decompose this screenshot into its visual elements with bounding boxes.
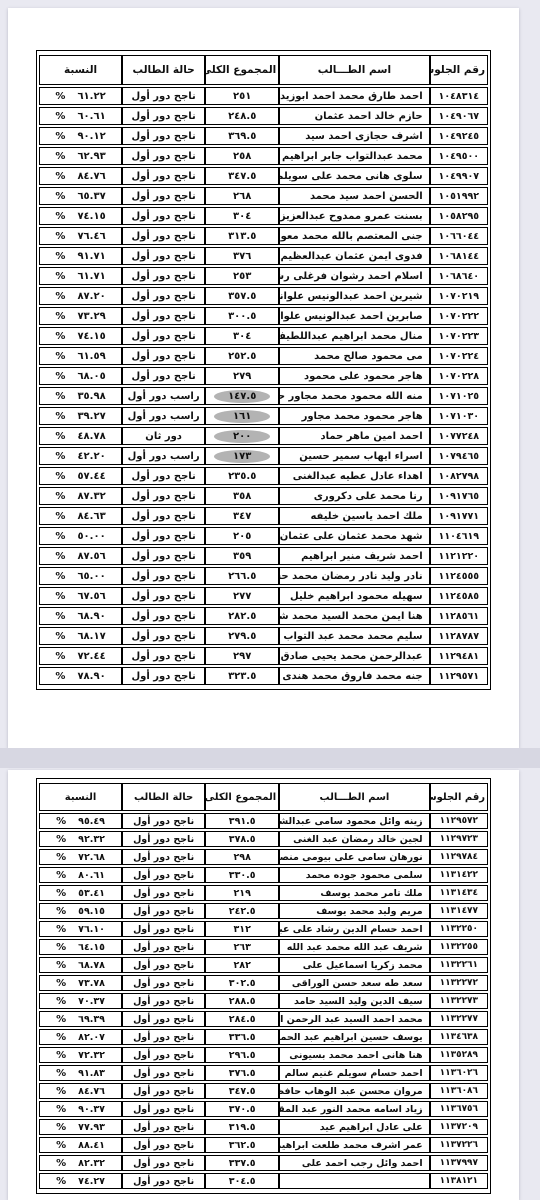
seat-number-cell: ١٠٧١٠٣٠ — [430, 407, 488, 425]
status-cell: ناجح دور أول — [122, 347, 205, 365]
seat-number-cell: ١١٣٧٩٩٧ — [430, 1155, 488, 1171]
percentage-value: ٧٢.٦٨ — [78, 852, 105, 863]
percentage-wrap: %٣٩.٢٧ — [42, 411, 119, 422]
table-row: ١١٢١٢٢٠احمد شريف منير ابراهيم٣٥٩ناجح دور… — [39, 547, 488, 565]
seat-number-cell: ١١٣٤٦٣٨ — [430, 1029, 488, 1045]
status-cell: ناجح دور أول — [122, 547, 205, 565]
total-score-cell: ٢٥٣ — [205, 267, 279, 285]
percent-sign: % — [56, 1068, 66, 1079]
student-name-cell: منه الله محمود محمد مجاور حسن — [279, 387, 429, 405]
table-row: ١١٣٢٢٥٥شريف عبد الله محمد عبد الله٢٦٣ناج… — [39, 939, 488, 955]
table-row: ١١٢٤٥٨٥سهيله محمود ابراهيم خليل٢٧٧ناجح د… — [39, 587, 488, 605]
total-score-cell: ١٧٣ — [205, 447, 279, 465]
percent-sign: % — [56, 1104, 66, 1115]
total-score-cell: ٣٠٤.٥ — [205, 1173, 279, 1189]
results-table-2: رقم الجلوساسم الطـــالبالمجموع الكلىحالة… — [39, 781, 488, 1191]
percent-sign: % — [55, 371, 65, 382]
percent-sign: % — [55, 211, 65, 222]
percent-sign: % — [55, 351, 65, 362]
student-name-cell: ملك احمد ياسين خليفه — [279, 507, 429, 525]
table-row: ١١٣٢٢٧٣سيف الدين وليد السيد حامد٢٨٨.٥ناج… — [39, 993, 488, 1009]
percentage-value: ٦٢.٩٣ — [77, 151, 105, 162]
total-score-cell: ٢٥١ — [205, 87, 279, 105]
table-row: ١١٣٧٢٠٩على عادل ابراهيم عيد٣١٩.٥ناجح دور… — [39, 1119, 488, 1135]
low-score-highlight: ١٧٣ — [214, 450, 270, 463]
table-row: ١٠٦٨٦٤٠اسلام احمد رشوان فرغلى رشوان٢٥٣نا… — [39, 267, 488, 285]
student-name-cell: صابرين احمد عبدالونيس علوانى — [279, 307, 429, 325]
percentage-value: ٦٥.٣٧ — [77, 191, 105, 202]
status-cell: ناجح دور أول — [122, 87, 205, 105]
student-name-cell: سهيله محمود ابراهيم خليل — [279, 587, 429, 605]
percentage-value: ٨٢.٣٢ — [78, 1158, 105, 1169]
seat-number-cell: ١٠٧٠٢١٩ — [430, 287, 488, 305]
student-name-cell: سليم محمد محمد عبد التواب رضى سلامه — [279, 627, 429, 645]
percentage-value: ٧٦.٤٦ — [77, 231, 105, 242]
table-row: ١١٠٤٦١٩شهد محمد عثمان على عثمان٢٠٥ناجح د… — [39, 527, 488, 545]
percentage-wrap: %٦٨.٧٨ — [42, 960, 119, 971]
table-row: ١١٣١٤٧٧مريم وليد محمد يوسف٢٤٢.٥ناجح دور … — [39, 903, 488, 919]
status-cell: ناجح دور أول — [122, 1083, 205, 1099]
percentage-cell: %٧٢.٤٤ — [39, 647, 122, 665]
total-score-cell: ٢٦٨ — [205, 187, 279, 205]
table-row: ١١٣٢٢٧٧محمد احمد السيد عبد الرحمن السيد٢… — [39, 1011, 488, 1027]
percentage-cell: %٦١.٢٢ — [39, 87, 122, 105]
percentage-value: ٧٤.٢٧ — [78, 1176, 105, 1187]
table-row: ١٠٦٦٠٤٤جنى المعتصم بالله محمد معوض٣١٣.٥ن… — [39, 227, 488, 245]
percentage-value: ٧٣.٧٨ — [78, 978, 105, 989]
percent-sign: % — [55, 491, 65, 502]
student-name-cell: سلمى محمود جوده محمد — [279, 867, 429, 883]
status-cell: ناجح دور أول — [122, 993, 205, 1009]
status-cell: ناجح دور أول — [122, 127, 205, 145]
percentage-cell: %٧٠.٣٧ — [39, 993, 122, 1009]
percent-sign: % — [55, 131, 65, 142]
percent-sign: % — [56, 1014, 66, 1025]
results-table-2-box: رقم الجلوساسم الطـــالبالمجموع الكلىحالة… — [36, 778, 491, 1194]
status-cell: ناجح دور أول — [122, 1047, 205, 1063]
percentage-value: ٧٢.٣٢ — [78, 1050, 105, 1061]
total-score-cell: ٢٩٧ — [205, 647, 279, 665]
seat-number-cell: ١٠٦٨١٤٤ — [430, 247, 488, 265]
student-name-cell: احمد حسام الدين رشاد على عبد السلام — [279, 921, 429, 937]
total-score-cell: ٢٥٨ — [205, 147, 279, 165]
status-cell: ناجح دور أول — [122, 813, 205, 829]
table-row: ١٠٥٨٢٩٥بسنت عمرو ممدوح عبدالعزيز٣٠٤ناجح … — [39, 207, 488, 225]
seat-number-cell: ١٠٩١٧٦٥ — [430, 487, 488, 505]
percentage-wrap: %٨٠.٦١ — [42, 870, 119, 881]
percent-sign: % — [55, 391, 65, 402]
percentage-wrap: %٩٥.٤٩ — [42, 816, 119, 827]
total-score-cell: ٢٩٦.٥ — [205, 1047, 279, 1063]
seat-number-cell: ١١٣٨١٢١ — [430, 1173, 488, 1189]
total-score-cell: ٣٧٦.٥ — [205, 1065, 279, 1081]
status-cell: ناجح دور أول — [122, 867, 205, 883]
percentage-value: ٨٢.٠٧ — [78, 1032, 105, 1043]
seat-number-cell: ١١٣٦٠٨٦ — [430, 1083, 488, 1099]
status-cell: ناجح دور أول — [122, 507, 205, 525]
percentage-wrap: %٨٧.٥٦ — [42, 551, 119, 562]
percentage-value: ٦١.٧١ — [77, 271, 105, 282]
percent-sign: % — [55, 591, 65, 602]
low-score-highlight: ٢٠٠ — [214, 430, 270, 443]
table-row: ١١٣٢٢٧٢سعد طه سعد حسن الوراقى٣٠٢.٥ناجح د… — [39, 975, 488, 991]
percentage-wrap: %٩١.٧١ — [42, 251, 119, 262]
student-name-cell: شريف عبد الله محمد عبد الله — [279, 939, 429, 955]
table-row: ١٠٧٠٢١٩شيرين احمد عبدالونيس علوانى٣٥٧.٥ن… — [39, 287, 488, 305]
seat-number-cell: ١٠٥١٩٩٢ — [430, 187, 488, 205]
seat-number-cell: ١١٢٤٥٨٥ — [430, 587, 488, 605]
student-name-cell: سلوى هانى محمد على سويلم — [279, 167, 429, 185]
seat-number-cell: ١٠٧٠٢٢٣ — [430, 327, 488, 345]
table-row: ١٠٧١٠٢٥منه الله محمود محمد مجاور حسن١٤٧.… — [39, 387, 488, 405]
seat-number-cell: ١١٢٨٧٨٧ — [430, 627, 488, 645]
percent-sign: % — [55, 451, 65, 462]
total-score-cell: ٣٧٨.٥ — [205, 831, 279, 847]
percent-sign: % — [55, 611, 65, 622]
student-name-cell: مريم وليد محمد يوسف — [279, 903, 429, 919]
total-score-cell: ٣٣٠.٥ — [205, 867, 279, 883]
percentage-wrap: %٩٠.٣٧ — [42, 1104, 119, 1115]
seat-number-cell: ١٠٤٩٠٦٧ — [430, 107, 488, 125]
table-row: ١١٢٨٧٨٧سليم محمد محمد عبد التواب رضى سلا… — [39, 627, 488, 645]
percentage-value: ٨٤.٧٦ — [77, 171, 105, 182]
percentage-cell: %٥٩.١٥ — [39, 903, 122, 919]
student-name-cell — [279, 1173, 429, 1189]
percentage-cell: %٧٣.٧٨ — [39, 975, 122, 991]
student-name-cell: محمد عبدالتواب جابر ابراهيم — [279, 147, 429, 165]
table-row: ١٠٥١٩٩٢الحسن احمد سيد محمد٢٦٨ناجح دور أو… — [39, 187, 488, 205]
table-row: ١١٣٤٦٣٨يوسف حسين ابراهيم عبد الحميد٣٣٦.٥… — [39, 1029, 488, 1045]
table-row: ١٠٧٠٢٢٢صابرين احمد عبدالونيس علوانى٣٠٠.٥… — [39, 307, 488, 325]
student-name-cell: اسراء ايهاب سمير حسين — [279, 447, 429, 465]
percentage-value: ٧٤.١٥ — [77, 331, 105, 342]
percentage-value: ٥٠.٠٠ — [77, 531, 105, 542]
percent-sign: % — [55, 251, 65, 262]
table-row: ١١٣١٤٢٢سلمى محمود جوده محمد٣٣٠.٥ناجح دور… — [39, 867, 488, 883]
status-cell: ناجح دور أول — [122, 1101, 205, 1117]
table-row: ١١٢٩٧٢٣لجين خالد رمضان عبد الغنى٣٧٨.٥ناج… — [39, 831, 488, 847]
student-name-cell: يوسف حسين ابراهيم عبد الحميد — [279, 1029, 429, 1045]
percentage-cell: %٧٧.٩٣ — [39, 1119, 122, 1135]
student-name-cell: سعد طه سعد حسن الوراقى — [279, 975, 429, 991]
seat-number-cell: ١١٣٢٢٥٠ — [430, 921, 488, 937]
status-cell: ناجح دور أول — [122, 367, 205, 385]
seat-number-cell: ١٠٤٨٣١٤ — [430, 87, 488, 105]
percentage-value: ٧٠.٣٧ — [78, 996, 105, 1007]
status-cell: ناجح دور أول — [122, 1137, 205, 1153]
status-cell: ناجح دور أول — [122, 1119, 205, 1135]
percentage-cell: %٧٤.١٥ — [39, 327, 122, 345]
percentage-wrap: %٥٠.٠٠ — [42, 531, 119, 542]
seat-number-cell: ١١٣٢٢٦١ — [430, 957, 488, 973]
total-score-cell: ٣٩١.٥ — [205, 813, 279, 829]
percentage-wrap: %٦٨.٠٥ — [42, 371, 119, 382]
percentage-wrap: %٨٤.٧٦ — [42, 1086, 119, 1097]
percentage-cell: %٤٢.٢٠ — [39, 447, 122, 465]
percentage-cell: %٧٣.٢٩ — [39, 307, 122, 325]
status-cell: ناجح دور أول — [122, 975, 205, 991]
percentage-cell: %٦١.٧١ — [39, 267, 122, 285]
percentage-cell: %٥٠.٠٠ — [39, 527, 122, 545]
seat-number-cell: ١٠٧٠٢٢٨ — [430, 367, 488, 385]
percentage-cell: %٦١.٥٩ — [39, 347, 122, 365]
total-score-cell: ٢٣٥.٥ — [205, 467, 279, 485]
percent-sign: % — [56, 1158, 66, 1169]
percentage-value: ٦٨.٩٠ — [77, 611, 105, 622]
table-row: ١٠٧٩٤٦٥اسراء ايهاب سمير حسين١٧٣راسب دور … — [39, 447, 488, 465]
percentage-value: ٦٩.٣٩ — [78, 1014, 105, 1025]
percent-sign: % — [56, 1176, 66, 1187]
percent-sign: % — [55, 151, 65, 162]
percentage-wrap: %٨٤.٦٣ — [42, 511, 119, 522]
percentage-wrap: %٧٠.٣٧ — [42, 996, 119, 1007]
seat-number-cell: ١٠٥٨٢٩٥ — [430, 207, 488, 225]
percentage-wrap: %٥٩.١٥ — [42, 906, 119, 917]
seat-number-cell: ١٠٤٩٢٤٥ — [430, 127, 488, 145]
percentage-value: ٩٠.١٢ — [77, 131, 105, 142]
percentage-value: ٨٧.٥٦ — [77, 551, 105, 562]
percentage-cell: %٩٠.٣٧ — [39, 1101, 122, 1117]
table-row: ١٠٤٨٣١٤احمد طارق محمد احمد ابوزيد٢٥١ناجح… — [39, 87, 488, 105]
student-name-cell: عبدالرحمن محمد يحيى صادق بريقع — [279, 647, 429, 665]
results-page-1: رقم الجلوساسم الطـــالبالمجموع الكلىحالة… — [8, 8, 519, 748]
seat-number-cell: ١٠٩١٧٧١ — [430, 507, 488, 525]
percent-sign: % — [55, 271, 65, 282]
total-score-cell: ١٤٧.٥ — [205, 387, 279, 405]
status-cell: ناجح دور أول — [122, 647, 205, 665]
student-name-cell: الحسن احمد سيد محمد — [279, 187, 429, 205]
total-score-cell: ٣٧٦ — [205, 247, 279, 265]
percent-sign: % — [55, 91, 65, 102]
column-header-0: رقم الجلوس — [430, 783, 488, 811]
table-row: ١٠٧٠٢٢٤مى محمود صالح محمد٢٥٢.٥ناجح دور أ… — [39, 347, 488, 365]
seat-number-cell: ١٠٦٨٦٤٠ — [430, 267, 488, 285]
percentage-cell: %٦٨.١٧ — [39, 627, 122, 645]
percentage-cell: %٧٤.٢٧ — [39, 1173, 122, 1189]
total-score-cell: ٢٧٧ — [205, 587, 279, 605]
percent-sign: % — [56, 960, 66, 971]
percentage-value: ٦٤.١٥ — [78, 942, 105, 953]
student-name-cell: هاجر محمود على محمود — [279, 367, 429, 385]
seat-number-cell: ١٠٨٢٧٩٨ — [430, 467, 488, 485]
percentage-value: ٦٠.٦١ — [77, 111, 105, 122]
status-cell: ناجح دور أول — [122, 957, 205, 973]
student-name-cell: اهداء عادل عطيه عبدالغنى — [279, 467, 429, 485]
status-cell: ناجح دور أول — [122, 903, 205, 919]
column-header-1: اسم الطـــالب — [279, 783, 429, 811]
percentage-value: ٨٤.٧٦ — [78, 1086, 105, 1097]
total-score-cell: ٣٥٩ — [205, 547, 279, 565]
percentage-wrap: %٧٤.١٥ — [42, 331, 119, 342]
student-name-cell: على عادل ابراهيم عيد — [279, 1119, 429, 1135]
percent-sign: % — [56, 852, 66, 863]
percent-sign: % — [56, 870, 66, 881]
percent-sign: % — [56, 906, 66, 917]
table-row: ١١٣٨١٢١٣٠٤.٥ناجح دور أول%٧٤.٢٧ — [39, 1173, 488, 1189]
student-name-cell: سيف الدين وليد السيد حامد — [279, 993, 429, 1009]
student-name-cell: هنا ايمن محمد السيد محمد شعيب — [279, 607, 429, 625]
percentage-cell: %٨٢.٠٧ — [39, 1029, 122, 1045]
percentage-cell: %٧٢.٣٢ — [39, 1047, 122, 1063]
percentage-cell: %٣٥.٩٨ — [39, 387, 122, 405]
percentage-wrap: %٧٣.٧٨ — [42, 978, 119, 989]
status-cell: ناجح دور أول — [122, 227, 205, 245]
percentage-wrap: %٦٨.٩٠ — [42, 611, 119, 622]
table-row: ١٠٩١٧٧١ملك احمد ياسين خليفه٣٤٧ناجح دور أ… — [39, 507, 488, 525]
seat-number-cell: ١١٣٥٢٨٩ — [430, 1047, 488, 1063]
student-name-cell: جنه محمد فاروق محمد هندى — [279, 667, 429, 685]
percent-sign: % — [55, 291, 65, 302]
student-name-cell: منال محمد ابراهيم عبداللطيف — [279, 327, 429, 345]
seat-number-cell: ١١٣٢٢٧٣ — [430, 993, 488, 1009]
percentage-value: ٥٧.٤٤ — [77, 471, 105, 482]
student-name-cell: نورهان سامى على بيومى منصور — [279, 849, 429, 865]
total-score-cell: ٢٨٢.٥ — [205, 607, 279, 625]
column-header-1: اسم الطـــالب — [279, 55, 429, 85]
total-score-cell: ٣٤٧.٥ — [205, 167, 279, 185]
percentage-wrap: %٦٢.٩٣ — [42, 151, 119, 162]
status-cell: ناجح دور أول — [122, 1029, 205, 1045]
total-score-cell: ٢٦٦.٥ — [205, 567, 279, 585]
percent-sign: % — [56, 1122, 66, 1133]
table-row: ١٠٧٠٢٢٣منال محمد ابراهيم عبداللطيف٣٠٤ناج… — [39, 327, 488, 345]
status-cell: ناجح دور أول — [122, 1011, 205, 1027]
total-score-cell: ٢٠٥ — [205, 527, 279, 545]
percent-sign: % — [55, 531, 65, 542]
seat-number-cell: ١١٣٦٧٥٦ — [430, 1101, 488, 1117]
percentage-wrap: %٥٣.٤١ — [42, 888, 119, 899]
student-name-cell: محمد احمد السيد عبد الرحمن السيد — [279, 1011, 429, 1027]
student-name-cell: زياد اسامه محمد النور عبد المقصود احمد — [279, 1101, 429, 1117]
student-name-cell: مروان محسن عبد الوهاب حافظ — [279, 1083, 429, 1099]
percentage-wrap: %٧٢.٤٤ — [42, 651, 119, 662]
status-cell: ناجح دور أول — [122, 849, 205, 865]
percentage-wrap: %٧٨.٩٠ — [42, 671, 119, 682]
percent-sign: % — [56, 816, 66, 827]
results-table-1: رقم الجلوساسم الطـــالبالمجموع الكلىحالة… — [39, 53, 488, 687]
percentage-wrap: %٧٦.٤٦ — [42, 231, 119, 242]
total-score-cell: ٢٥٢.٥ — [205, 347, 279, 365]
percentage-wrap: %٣٥.٩٨ — [42, 391, 119, 402]
table-row: ١٠٦٨١٤٤فدوى ايمن عثمان عبدالعظيم٣٧٦ناجح … — [39, 247, 488, 265]
percentage-value: ٩٢.٣٢ — [78, 834, 105, 845]
table-row: ١٠٤٩٥٠٠محمد عبدالتواب جابر ابراهيم٢٥٨ناج… — [39, 147, 488, 165]
percentage-wrap: %٦٤.١٥ — [42, 942, 119, 953]
percentage-wrap: %٦٠.٦١ — [42, 111, 119, 122]
percentage-wrap: %٦٨.١٧ — [42, 631, 119, 642]
column-header-3: حالة الطالب — [122, 783, 205, 811]
percentage-cell: %٨٤.٦٣ — [39, 507, 122, 525]
student-name-cell: جنى المعتصم بالله محمد معوض — [279, 227, 429, 245]
total-score-cell: ٣٦٢.٥ — [205, 1137, 279, 1153]
table-row: ١١٣١٤٣٤ملك تامر محمد يوسف٢١٩ناجح دور أول… — [39, 885, 488, 901]
percentage-wrap: %٧٢.٣٢ — [42, 1050, 119, 1061]
status-cell: ناجح دور أول — [122, 1155, 205, 1171]
percentage-value: ٤٢.٢٠ — [77, 451, 105, 462]
total-score-cell: ٣٧٠.٥ — [205, 1101, 279, 1117]
student-name-cell: احمد حسام سويلم غنيم سالم — [279, 1065, 429, 1081]
seat-number-cell: ١١٢٩٤٨١ — [430, 647, 488, 665]
total-score-cell: ٢٩٨ — [205, 849, 279, 865]
table-row: ١٠٨٢٧٩٨اهداء عادل عطيه عبدالغنى٢٣٥.٥ناجح… — [39, 467, 488, 485]
header-row: رقم الجلوساسم الطـــالبالمجموع الكلىحالة… — [39, 783, 488, 811]
header-row: رقم الجلوساسم الطـــالبالمجموع الكلىحالة… — [39, 55, 488, 85]
status-cell: ناجح دور أول — [122, 467, 205, 485]
column-header-4: النسبة — [39, 783, 122, 811]
percentage-value: ٤٨.٧٨ — [77, 431, 105, 442]
percentage-wrap: %٧٤.٢٧ — [42, 1176, 119, 1187]
seat-number-cell: ١١٢٩٧٢٣ — [430, 831, 488, 847]
percentage-wrap: %٤٨.٧٨ — [42, 431, 119, 442]
student-name-cell: شيرين احمد عبدالونيس علوانى — [279, 287, 429, 305]
seat-number-cell: ١١٣٧٢٢٦ — [430, 1137, 488, 1153]
student-name-cell: هنا هانى احمد محمد بسيونى — [279, 1047, 429, 1063]
seat-number-cell: ١١٢٩٥٧١ — [430, 667, 488, 685]
total-score-cell: ٢٨٨.٥ — [205, 993, 279, 1009]
low-score-highlight: ١٦١ — [214, 410, 270, 423]
student-name-cell: هاجر محمود محمد مجاور — [279, 407, 429, 425]
percentage-cell: %٧٤.١٥ — [39, 207, 122, 225]
seat-number-cell: ١١٣١٤٧٧ — [430, 903, 488, 919]
status-cell: ناجح دور أول — [122, 667, 205, 685]
percentage-value: ٧٤.١٥ — [77, 211, 105, 222]
percent-sign: % — [56, 942, 66, 953]
table-row: ١١٣٦٠٨٦مروان محسن عبد الوهاب حافظ٣٤٧.٥نا… — [39, 1083, 488, 1099]
percentage-cell: %٦٢.٩٣ — [39, 147, 122, 165]
total-score-cell: ٢٠٠ — [205, 427, 279, 445]
total-score-cell: ٣٦٩.٥ — [205, 127, 279, 145]
percentage-wrap: %٩٠.١٢ — [42, 131, 119, 142]
status-cell: ناجح دور أول — [122, 107, 205, 125]
seat-number-cell: ١٠٤٩٩٠٧ — [430, 167, 488, 185]
status-cell: ناجح دور أول — [122, 247, 205, 265]
percent-sign: % — [55, 671, 65, 682]
percentage-cell: %٨٧.٣٢ — [39, 487, 122, 505]
percent-sign: % — [55, 231, 65, 242]
percentage-wrap: %٧٦.١٠ — [42, 924, 119, 935]
status-cell: ناجح دور أول — [122, 587, 205, 605]
status-cell: ناجح دور أول — [122, 527, 205, 545]
student-name-cell: عمر اشرف محمد طلعت ابراهيم — [279, 1137, 429, 1153]
status-cell: دور ثان — [122, 427, 205, 445]
status-cell: ناجح دور أول — [122, 327, 205, 345]
table-row: ١٠٤٩٩٠٧سلوى هانى محمد على سويلم٣٤٧.٥ناجح… — [39, 167, 488, 185]
table-row: ١١٢٩٥٧١جنه محمد فاروق محمد هندى٣٢٣.٥ناجح… — [39, 667, 488, 685]
table-row: ١١٢٩٤٨١عبدالرحمن محمد يحيى صادق بريقع٢٩٧… — [39, 647, 488, 665]
percentage-wrap: %٦٩.٣٩ — [42, 1014, 119, 1025]
percentage-value: ٦٥.٠٠ — [77, 571, 105, 582]
percentage-cell: %٥٧.٤٤ — [39, 467, 122, 485]
percentage-value: ٩٠.٣٧ — [78, 1104, 105, 1115]
percentage-cell: %٨٤.٧٦ — [39, 167, 122, 185]
student-name-cell: احمد امين ماهر حماد — [279, 427, 429, 445]
student-name-cell: فدوى ايمن عثمان عبدالعظيم — [279, 247, 429, 265]
total-score-cell: ١٦١ — [205, 407, 279, 425]
percentage-value: ٨٤.٦٣ — [77, 511, 105, 522]
status-cell: راسب دور أول — [122, 407, 205, 425]
percentage-value: ٦١.٢٢ — [77, 91, 105, 102]
percentage-value: ٧٢.٤٤ — [77, 651, 105, 662]
table-row: ١١٣٢٢٦١محمد زكريا اسماعيل على٢٨٢ناجح دور… — [39, 957, 488, 973]
total-score-cell: ٢٨٤.٥ — [205, 1011, 279, 1027]
percentage-cell: %٦٠.٦١ — [39, 107, 122, 125]
percentage-cell: %٦٧.٥٦ — [39, 587, 122, 605]
percentage-wrap: %٦٥.٠٠ — [42, 571, 119, 582]
percent-sign: % — [56, 1032, 66, 1043]
percent-sign: % — [56, 996, 66, 1007]
status-cell: ناجح دور أول — [122, 207, 205, 225]
student-name-cell: حازم خالد احمد عثمان — [279, 107, 429, 125]
